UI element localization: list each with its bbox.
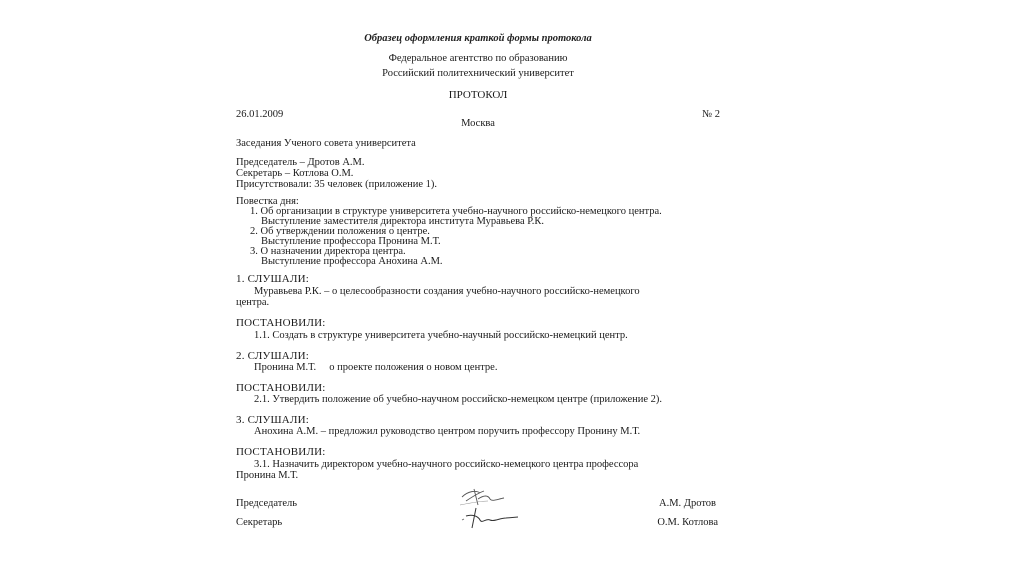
section-3-heard-text: Анохина А.М. – предложил руководство цен… [254,426,640,438]
section-1-heard-text-cont: центра. [236,297,269,309]
section-1-resolved-title: ПОСТАНОВИЛИ: [236,317,326,329]
city: Москва [236,118,720,130]
organization-name: Федеральное агентство по образованию [236,53,720,65]
section-2-resolved-title: ПОСТАНОВИЛИ: [236,382,326,394]
section-3-resolved-text-cont: Пронина М.Т. [236,470,298,482]
chairman-role: Председатель [236,498,297,510]
chairman-name: А.М. Дротов [659,498,716,510]
agenda-item-3-speaker: Выступление профессора Анохина А.М. [261,256,443,268]
document-type: ПРОТОКОЛ [236,89,720,101]
section-1-heard-text: Муравьева Р.К. – о целесообразности созд… [254,286,640,298]
section-2-heard-text: Пронина М.Т. о проекте положения о новом… [254,362,497,374]
section-1-resolved-text: 1.1. Создать в структуре университета уч… [254,330,628,342]
section-2-resolved-text: 2.1. Утвердить положение об учебно-научн… [254,394,662,406]
secretary-name: О.М. Котлова [657,517,718,529]
attendance-line: Присутствовали: 35 человек (приложение 1… [236,179,437,191]
institution-name: Российский политехнический университет [236,68,720,80]
meeting-title: Заседания Ученого совета университета [236,138,416,150]
section-3-resolved-title: ПОСТАНОВИЛИ: [236,446,326,458]
section-3-heard-title: 3. СЛУШАЛИ: [236,414,309,426]
protocol-document: Образец оформления краткой формы протоко… [236,0,720,574]
section-1-heard-title: 1. СЛУШАЛИ: [236,273,309,285]
document-caption: Образец оформления краткой формы протоко… [236,33,720,45]
section-3-resolved-text: 3.1. Назначить директором учебно-научног… [254,459,638,471]
section-2-heard-title: 2. СЛУШАЛИ: [236,350,309,362]
secretary-role: Секретарь [236,517,282,529]
secretary-signature-icon [454,506,524,532]
